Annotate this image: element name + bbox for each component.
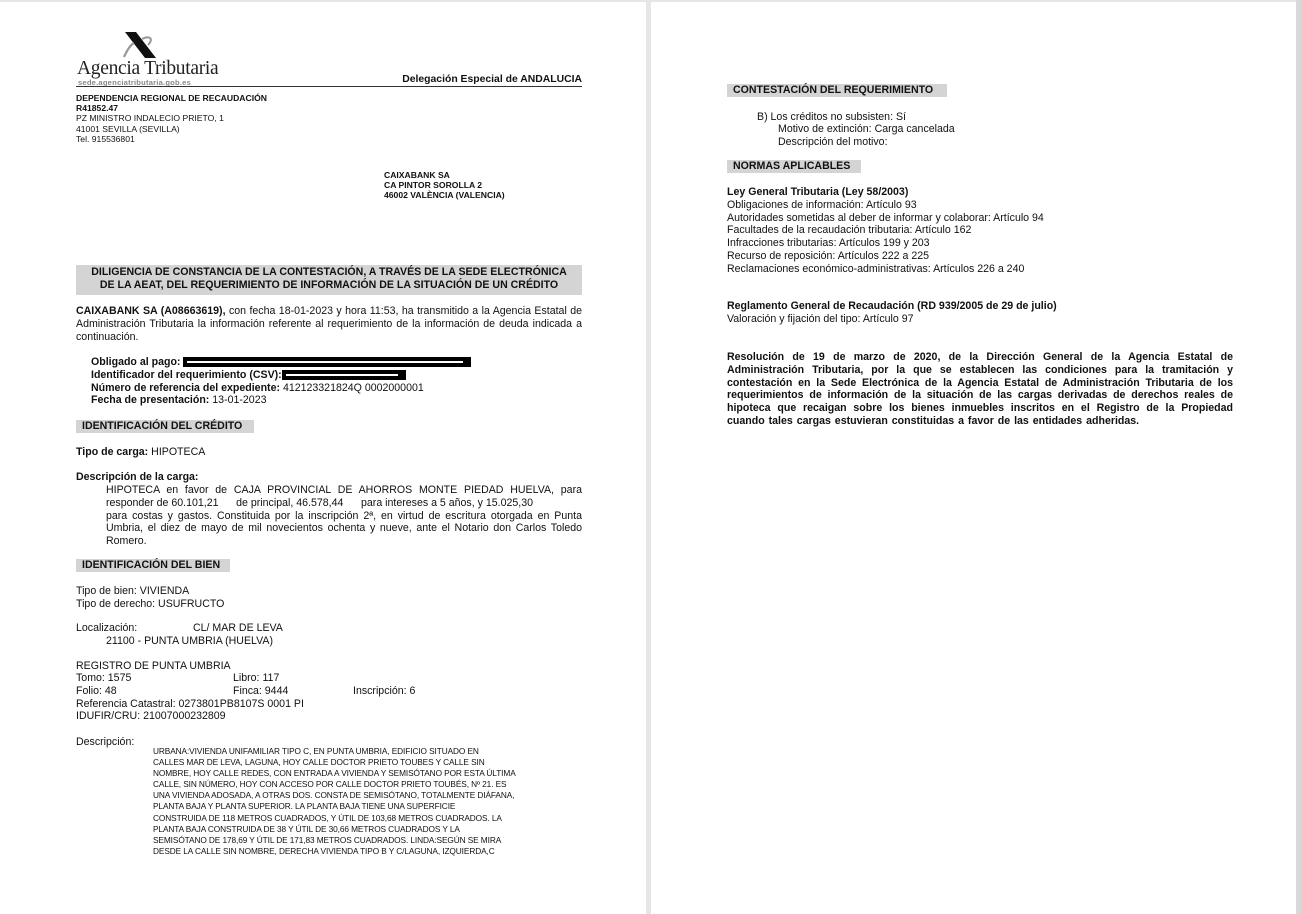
desc-carga-line: responder de 60.101,21 de principal, 46.… [106, 497, 582, 510]
expediente-value: 412123321824Q 0002000001 [280, 382, 424, 394]
desc-carga-label: Descripción de la carga: [76, 471, 198, 484]
descripcion-line: CALLES MAR DE LEVA, LAGUNA, HOY CALLE DO… [153, 757, 516, 768]
obligado-redacted [183, 357, 471, 367]
descripcion-line: URBANA:VIVIENDA UNIFAMILIAR TIPO C, EN P… [153, 746, 516, 757]
intro-entity: CAIXABANK SA (A08663619), [76, 305, 226, 317]
aeat-logo-icon [120, 30, 160, 60]
csv-row: Identificador del requerimiento (CSV): [91, 369, 571, 382]
fecha-label: Fecha de presentación: [91, 394, 209, 406]
recipient-city: 46002 VALÈNCIA (VALENCIA) [384, 190, 505, 200]
rgr-item: Valoración y fijación del tipo: Artículo… [727, 313, 1057, 326]
recipient-block: CAIXABANK SA CA PINTOR SOROLLA 2 46002 V… [384, 170, 505, 201]
section-credito-heading: IDENTIFICACIÓN DEL CRÉDITO [76, 420, 254, 433]
descripcion-line: CALLE, SIN NÚMERO, HOY CON ACCESO POR CA… [153, 779, 516, 790]
sender-code: R41852.47 [76, 103, 267, 113]
sender-dependencia: DEPENDENCIA REGIONAL DE RECAUDACIÓN [76, 93, 267, 103]
descripcion-line: CONSTRUIDA DE 118 METROS CUADRADOS, Y ÚT… [153, 813, 516, 824]
tipo-carga-value: HIPOTECA [148, 446, 205, 458]
fecha-value: 13-01-2023 [209, 394, 266, 406]
section-normas-heading: NORMAS APLICABLES [727, 160, 861, 173]
descripcion-label: Descripción: [76, 736, 134, 749]
obligado-row: Obligado al pago: [91, 356, 571, 369]
sender-phone: Tel. 915536801 [76, 134, 267, 144]
finca: Finca: 9444 [233, 685, 288, 698]
pdf-viewer: Agencia Tributaria sede.agenciatributari… [0, 0, 1301, 914]
section-bien-heading: IDENTIFICACIÓN DEL BIEN [76, 559, 230, 572]
page-1: Agencia Tributaria sede.agenciatributari… [0, 2, 646, 914]
delegacion-label: Delegación Especial de ANDALUCIA [402, 74, 582, 85]
lgt-block: Ley General Tributaria (Ley 58/2003) Obl… [727, 186, 1044, 276]
libro: Libro: 117 [233, 672, 279, 685]
obligado-label: Obligado al pago: [91, 356, 180, 368]
referencia-catastral: Referencia Catastral: 0273801PB8107S 000… [76, 698, 304, 711]
lgt-item: Facultades de la recaudación tributaria:… [727, 224, 1044, 237]
desc-carga-text: HIPOTECA en favor de CAJA PROVINCIAL DE … [106, 484, 582, 548]
desc-carga-line: Romero. [106, 535, 582, 548]
motivo-line: Motivo de extinción: Carga cancelada [778, 123, 955, 136]
descripcion-line: DESDE LA CALLE SIN NOMBRE, DERECHA VIVIE… [153, 846, 516, 857]
vertical-scrollbar[interactable] [1296, 0, 1301, 914]
folio: Folio: 48 [76, 685, 117, 698]
lgt-item: Autoridades sometidas al deber de inform… [727, 212, 1044, 225]
descripcion-line: PLANTA BAJA CONSTRUIDA DE 38 Y ÚTIL DE 3… [153, 824, 516, 835]
rgr-block: Reglamento General de Recaudación (RD 93… [727, 300, 1057, 326]
lgt-item: Infracciones tributarias: Artículos 199 … [727, 237, 1044, 250]
logo-name: Agencia Tributaria [77, 58, 218, 80]
lgt-item: Obligaciones de información: Artículo 93 [727, 199, 1044, 212]
localizacion-label: Localización: [76, 622, 137, 635]
header-rule [76, 86, 582, 87]
descripcion-line: NOMBRE, HOY CALLE REDES, CON ENTRADA A V… [153, 768, 516, 779]
descripcion-line: PLANTA BAJA Y PLANTA SUPERIOR. LA PLANTA… [153, 801, 516, 812]
lgt-item: Recurso de reposición: Artículos 222 a 2… [727, 250, 1044, 263]
page-2: CONTESTACIÓN DEL REQUERIMIENTO B) Los cr… [651, 2, 1296, 914]
requirement-fields: Obligado al pago: Identificador del requ… [91, 356, 571, 407]
document-title: DILIGENCIA DE CONSTANCIA DE LA CONTESTAC… [76, 265, 582, 295]
descripcion-line: SEMISÓTANO DE 178,69 Y ÚTIL DE 171,83 ME… [153, 835, 516, 846]
resolucion-paragraph: Resolución de 19 de marzo de 2020, de la… [727, 351, 1233, 428]
rgr-title: Reglamento General de Recaudación (RD 93… [727, 300, 1057, 313]
expediente-label: Número de referencia del expediente: [91, 382, 280, 394]
descripcion-text: URBANA:VIVIENDA UNIFAMILIAR TIPO C, EN P… [153, 746, 516, 857]
tipo-carga-label: Tipo de carga: [76, 446, 148, 458]
recipient-address: CA PINTOR SOROLLA 2 [384, 180, 505, 190]
title-line-1: DILIGENCIA DE CONSTANCIA DE LA CONTESTAC… [76, 266, 582, 279]
expediente-row: Número de referencia del expediente: 412… [91, 382, 571, 395]
intro-paragraph: CAIXABANK SA (A08663619), con fecha 18-0… [76, 305, 582, 343]
fecha-row: Fecha de presentación: 13-01-2023 [91, 394, 571, 407]
localizacion-street: CL/ MAR DE LEVA [193, 622, 283, 635]
recipient-name: CAIXABANK SA [384, 170, 505, 180]
csv-redacted [282, 370, 406, 380]
inscripcion: Inscripción: 6 [353, 685, 415, 698]
bien-tipos: Tipo de bien: VIVIENDA Tipo de derecho: … [76, 585, 224, 611]
descripcion-motivo-line: Descripción del motivo: [778, 136, 888, 149]
sender-city: 41001 SEVILLA (SEVILLA) [76, 124, 267, 134]
lgt-item: Reclamaciones económico-administrativas:… [727, 263, 1044, 276]
csv-label: Identificador del requerimiento (CSV): [91, 369, 282, 381]
tomo: Tomo: 1575 [76, 672, 131, 685]
sender-address: PZ MINISTRO INDALECIO PRIETO, 1 [76, 113, 267, 123]
subsisten-line: B) Los créditos no subsisten: Sí [757, 111, 906, 124]
desc-carga-line: Umbria, el diez de mayo de mil novecient… [106, 522, 582, 535]
registro-name: REGISTRO DE PUNTA UMBRIA [76, 660, 231, 673]
descripcion-line: UNA VIVIENDA ADOSADA, A OTRAS DOS. CONST… [153, 790, 516, 801]
localizacion-city: 21100 - PUNTA UMBRIA (HUELVA) [106, 635, 273, 648]
desc-carga-line: para costas y gastos. Constituida por la… [106, 510, 582, 523]
desc-carga-line: HIPOTECA en favor de CAJA PROVINCIAL DE … [106, 484, 582, 497]
lgt-title: Ley General Tributaria (Ley 58/2003) [727, 186, 1044, 199]
section-contestacion-heading: CONTESTACIÓN DEL REQUERIMIENTO [727, 84, 947, 97]
tipo-bien: Tipo de bien: VIVIENDA [76, 585, 224, 598]
tipo-derecho: Tipo de derecho: USUFRUCTO [76, 598, 224, 611]
tipo-carga-row: Tipo de carga: HIPOTECA [76, 446, 205, 459]
sender-block: DEPENDENCIA REGIONAL DE RECAUDACIÓN R418… [76, 93, 267, 144]
agencia-tributaria-logo: Agencia Tributaria sede.agenciatributari… [76, 30, 226, 88]
title-line-2: DE LA AEAT, DEL REQUERIMIENTO DE INFORMA… [76, 279, 582, 292]
idufir: IDUFIR/CRU: 21007000232809 [76, 710, 226, 723]
